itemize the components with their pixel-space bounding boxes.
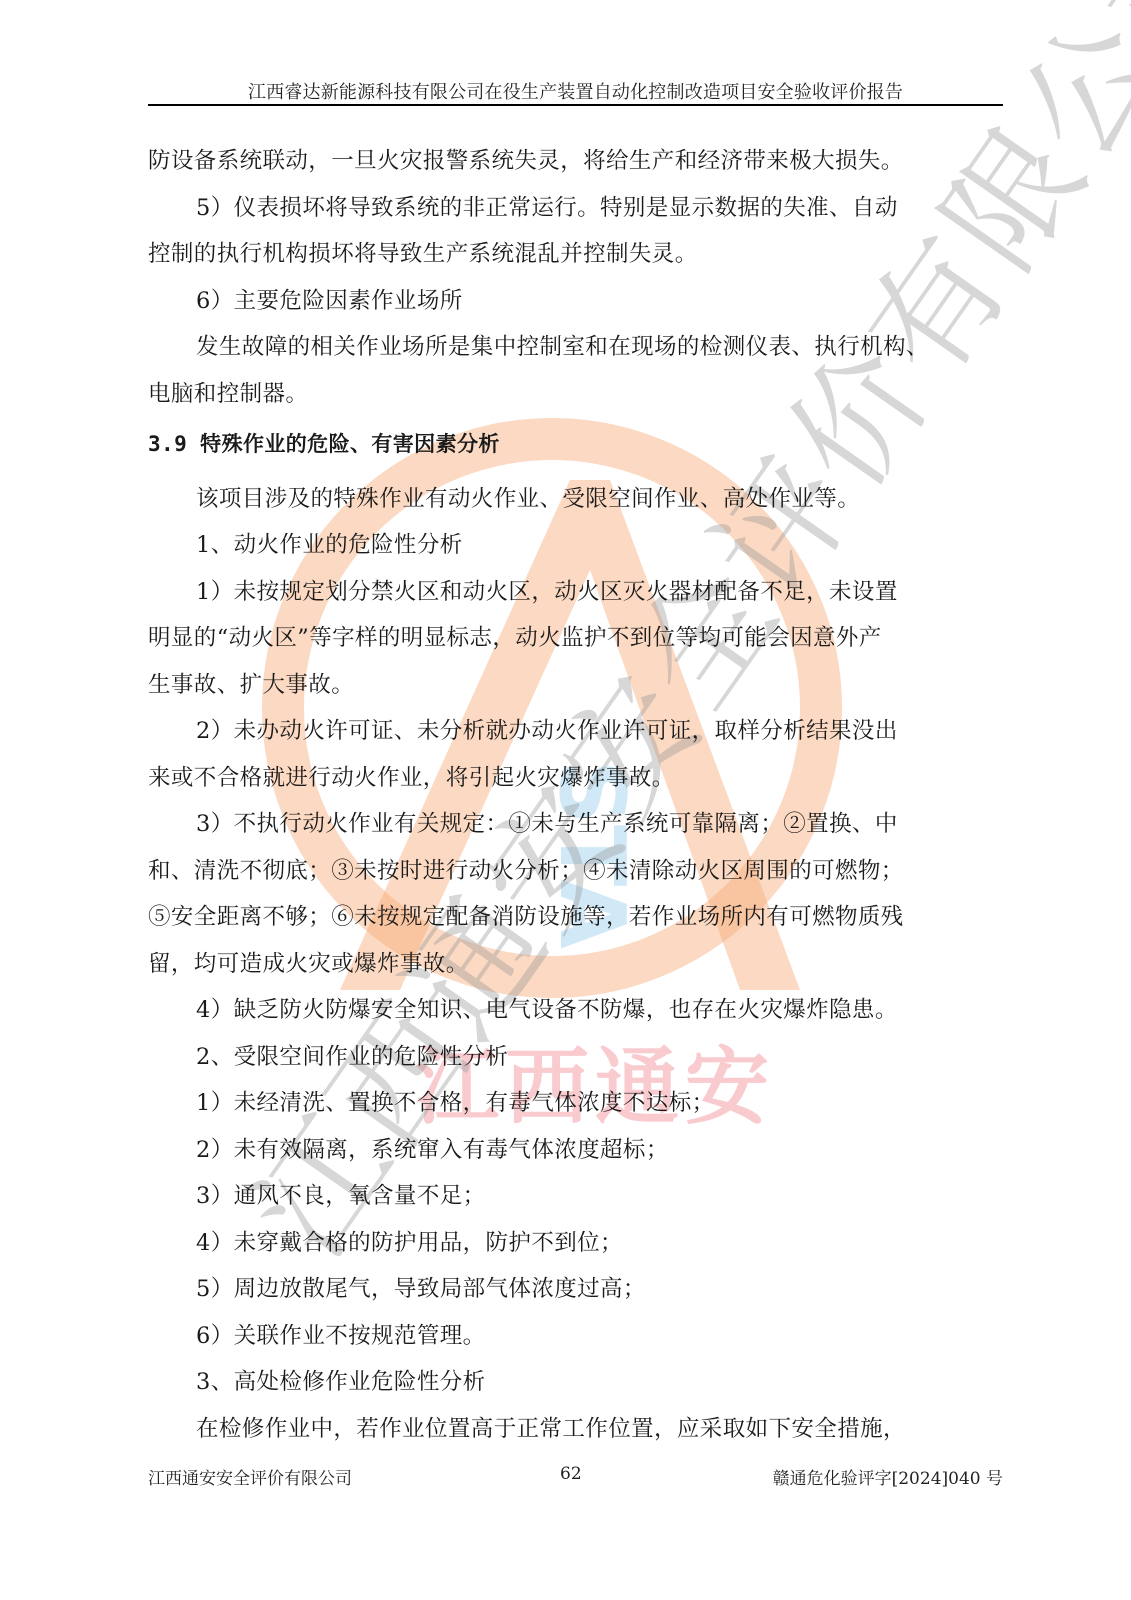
paragraph-line: 5）仪表损坏将导致系统的非正常运行。特别是显示数据的失准、自动 <box>148 185 1003 232</box>
paragraph-line: 6）主要危险因素作业场所 <box>148 278 1003 325</box>
list-item: 3）通风不良，氧含量不足； <box>148 1173 1003 1220</box>
header-divider <box>148 104 1003 106</box>
list-item: 1）未经清洗、置换不合格，有毒气体浓度不达标； <box>148 1080 1003 1127</box>
footer-doc-number: 赣通危化验评字[2024]040 号 <box>773 1464 1003 1489</box>
paragraph-line: 生事故、扩大事故。 <box>148 662 1003 709</box>
list-item: 5）周边放散尾气，导致局部气体浓度过高； <box>148 1266 1003 1313</box>
paragraph-line: 该项目涉及的特殊作业有动火作业、受限空间作业、高处作业等。 <box>148 476 1003 523</box>
section-heading: 3.9 特殊作业的危险、有害因素分析 <box>148 421 1003 468</box>
paragraph-line: 4）缺乏防火防爆安全知识、电气设备不防爆，也存在火灾爆炸隐患。 <box>148 987 1003 1034</box>
paragraph-line: 发生故障的相关作业场所是集中控制室和在现场的检测仪表、执行机构、 <box>148 324 1003 371</box>
subheading-line: 3、高处检修作业危险性分析 <box>148 1359 1003 1406</box>
subheading-line: 1、动火作业的危险性分析 <box>148 522 1003 569</box>
paragraph-line: 在检修作业中，若作业位置高于正常工作位置，应采取如下安全措施， <box>148 1406 1003 1453</box>
paragraph-line: 防设备系统联动，一旦火灾报警系统失灵，将给生产和经济带来极大损失。 <box>148 138 1003 185</box>
paragraph-line: 和、清洗不彻底；③未按时进行动火分析；④未清除动火区周围的可燃物； <box>148 848 1003 895</box>
paragraph-line: 1）未按规定划分禁火区和动火区，动火区灭火器材配备不足，未设置 <box>148 569 1003 616</box>
list-item: 6）关联作业不按规范管理。 <box>148 1313 1003 1360</box>
paragraph-line: 控制的执行机构损坏将导致生产系统混乱并控制失灵。 <box>148 231 1003 278</box>
list-item: 4）未穿戴合格的防护用品，防护不到位； <box>148 1220 1003 1267</box>
subheading-line: 2、受限空间作业的危险性分析 <box>148 1034 1003 1081</box>
running-header: 江西睿达新能源科技有限公司在役生产装置自动化控制改造项目安全验收评价报告 <box>148 78 1003 104</box>
list-item: 2）未有效隔离，系统窜入有毒气体浓度超标； <box>148 1127 1003 1174</box>
paragraph-line: 留，均可造成火灾或爆炸事故。 <box>148 941 1003 988</box>
paragraph-line: 电脑和控制器。 <box>148 371 1003 418</box>
document-body: 防设备系统联动，一旦火灾报警系统失灵，将给生产和经济带来极大损失。 5）仪表损坏… <box>148 138 1003 1452</box>
paragraph-line: 3）不执行动火作业有关规定：①未与生产系统可靠隔离；②置换、中 <box>148 801 1003 848</box>
paragraph-line: 明显的“动火区”等字样的明显标志，动火监护不到位等均可能会因意外产 <box>148 615 1003 662</box>
footer-company: 江西通安安全评价有限公司 <box>148 1464 352 1489</box>
paragraph-line: ⑤安全距离不够；⑥未按规定配备消防设施等，若作业场所内有可燃物质残 <box>148 894 1003 941</box>
page-number: 62 <box>560 1464 582 1484</box>
paragraph-line: 2）未办动火许可证、未分析就办动火作业许可证，取样分析结果没出 <box>148 708 1003 755</box>
paragraph-line: 来或不合格就进行动火作业，将引起火灾爆炸事故。 <box>148 755 1003 802</box>
